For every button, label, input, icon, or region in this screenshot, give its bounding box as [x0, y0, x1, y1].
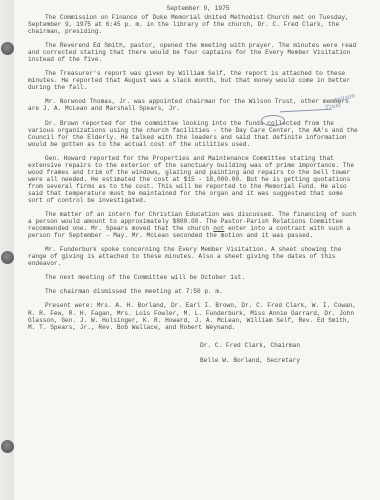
punch-hole-top [1, 42, 14, 55]
paragraph-every-member-visitation: Mr. Funderburk spoke concerning the Ever… [28, 246, 358, 267]
scanner-edge [0, 0, 14, 500]
meeting-minutes: September 9, 1975 The Commission on Fina… [28, 0, 358, 364]
paragraph-next-meeting: The next meeting of the Committee will b… [28, 274, 358, 281]
intern-underlined-not: not [213, 225, 224, 232]
paragraph-dismissal: The chairman dismissed the meeting at 7:… [28, 288, 358, 295]
paragraph-treasurer-report: The Treasurer's report was given by Will… [28, 70, 358, 91]
paragraph-prayer-minutes: The Reverend Ed Smith, pastor, opened th… [28, 42, 358, 63]
signature-chairman: Dr. C. Fred Clark, Chairman [200, 342, 358, 349]
punch-hole-middle [1, 251, 14, 264]
handwritten-circle-annotation [261, 115, 285, 126]
paragraph-intern: The matter of an intern for Christian Ed… [28, 211, 358, 239]
paragraph-opening: The Commission on Finance of Duke Memori… [28, 14, 358, 35]
paragraph-utilities-funds: Dr. Brown reported for the committee loo… [28, 120, 358, 148]
document-date: September 9, 1975 [38, 5, 358, 14]
paragraph-properties-maintenance: Gen. Howard reported for the Properties … [28, 155, 358, 204]
signature-secretary: Belle W. Borland, Secretary [200, 357, 358, 364]
paragraph-attendees: Present were: Mrs. A. H. Borland, Dr. Ea… [28, 302, 358, 330]
punch-hole-bottom [1, 440, 14, 453]
